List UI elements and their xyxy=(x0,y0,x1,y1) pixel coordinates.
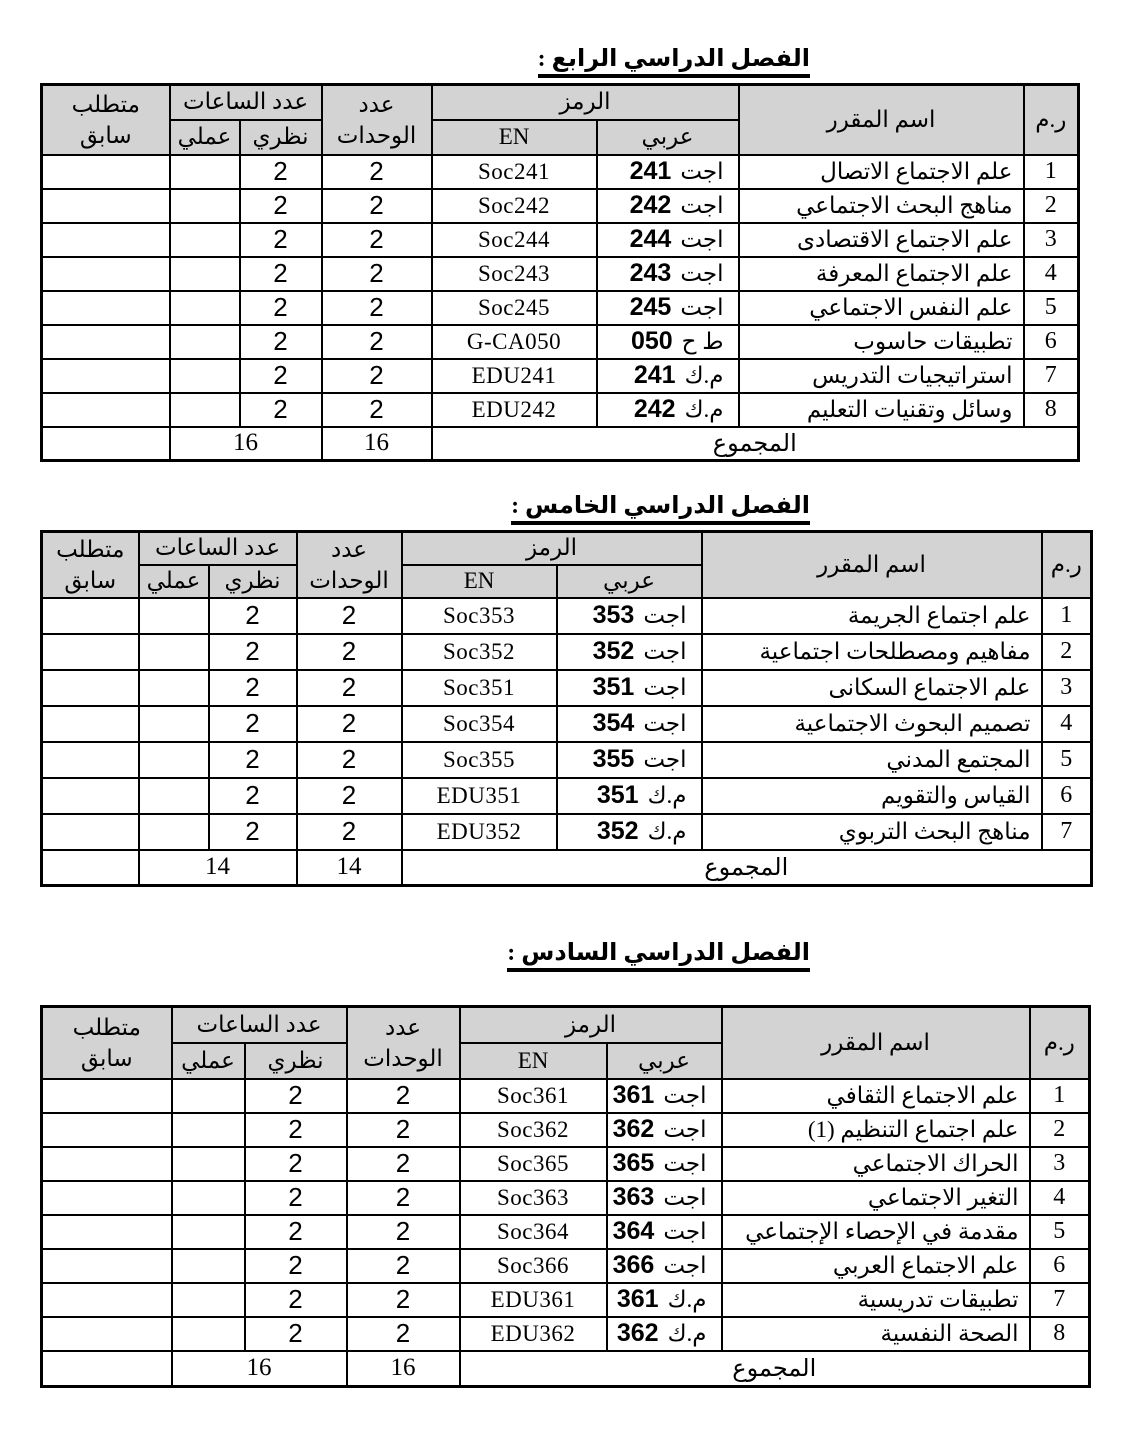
cell-code-en: Soc241 xyxy=(432,155,597,189)
cell-theory-hours: 2 xyxy=(240,155,322,189)
section-title-text: الفصل الدراسي الخامس : xyxy=(511,493,810,525)
cell-course-name: التغير الاجتماعي xyxy=(722,1181,1030,1215)
total-prereq-cell xyxy=(42,427,170,461)
code-ar-number: 351 xyxy=(593,673,635,701)
cell-code-ar: اجت352 xyxy=(557,634,702,670)
code-ar-number: 365 xyxy=(613,1149,655,1177)
cell-prereq xyxy=(42,814,139,850)
cell-code-en: EDU352 xyxy=(402,814,557,850)
total-prereq-cell xyxy=(42,1351,172,1387)
cell-prereq xyxy=(42,1317,172,1351)
cell-practical-hours xyxy=(170,189,240,223)
cell-course-name: المجتمع المدني xyxy=(702,742,1042,778)
code-ar-prefix: م.ك xyxy=(648,819,687,844)
cell-serial: 2 xyxy=(1030,1113,1090,1147)
cell-code-ar: اجت245 xyxy=(597,291,739,325)
total-prereq-cell xyxy=(42,850,139,886)
course-row: 6 تطبيقات حاسوب ط ح050 G-CA050 2 2 xyxy=(42,325,1079,359)
semester-6-section: الفصل الدراسي السادس : ر.م اسم المقرر ال… xyxy=(0,887,1148,1388)
cell-course-name: تصميم البحوث الاجتماعية xyxy=(702,706,1042,742)
cell-practical-hours xyxy=(170,325,240,359)
cell-course-name: علم الاجتماع السكانى xyxy=(702,670,1042,706)
cell-code-en: Soc355 xyxy=(402,742,557,778)
cell-serial: 5 xyxy=(1030,1215,1090,1249)
cell-course-name: القياس والتقويم xyxy=(702,778,1042,814)
cell-code-ar: م.ك242 xyxy=(597,393,739,427)
semester-6-table: ر.م اسم المقرر الرمز عددالوحدات عدد السا… xyxy=(40,1005,1091,1388)
cell-prereq xyxy=(42,393,170,427)
cell-code-ar: ط ح050 xyxy=(597,325,739,359)
course-row: 3 علم الاجتماع السكانى اجت351 Soc351 2 2 xyxy=(42,670,1092,706)
header-code-group: الرمز xyxy=(432,85,739,120)
cell-code-ar: اجت366 xyxy=(607,1249,722,1283)
cell-code-en: Soc245 xyxy=(432,291,597,325)
cell-course-name: مناهج البحث التربوي xyxy=(702,814,1042,850)
cell-prereq xyxy=(42,670,139,706)
code-ar-prefix: اجت xyxy=(680,227,723,252)
course-row: 5 مقدمة في الإحصاء الإجتماعي اجت364 Soc3… xyxy=(42,1215,1090,1249)
total-hours-cell: 16 xyxy=(170,427,322,461)
cell-prereq xyxy=(42,155,170,189)
code-ar-number: 363 xyxy=(613,1183,655,1211)
course-row: 7 استراتيجيات التدريس م.ك241 EDU241 2 2 xyxy=(42,359,1079,393)
header-practical: عملي xyxy=(139,565,209,598)
header-units: عددالوحدات xyxy=(347,1007,460,1079)
header-serial: ر.م xyxy=(1042,532,1092,598)
header-units-line2: الوحدات xyxy=(323,120,431,151)
cell-serial: 7 xyxy=(1042,814,1092,850)
course-row: 3 الحراك الاجتماعي اجت365 Soc365 2 2 xyxy=(42,1147,1090,1181)
cell-code-ar: اجت365 xyxy=(607,1147,722,1181)
cell-course-name: استراتيجيات التدريس xyxy=(739,359,1024,393)
cell-practical-hours xyxy=(139,598,209,634)
cell-code-en: Soc362 xyxy=(460,1113,607,1147)
cell-theory-hours: 2 xyxy=(245,1113,347,1147)
header-prereq-line2: سابق xyxy=(43,565,138,596)
code-ar-number: 355 xyxy=(593,745,635,773)
total-row: المجموع 16 16 xyxy=(42,1351,1090,1387)
code-ar-number: 362 xyxy=(617,1319,659,1347)
semester-5-title: الفصل الدراسي الخامس : xyxy=(0,492,810,520)
cell-units: 2 xyxy=(347,1181,460,1215)
cell-units: 2 xyxy=(322,393,432,427)
cell-practical-hours xyxy=(139,742,209,778)
cell-theory-hours: 2 xyxy=(245,1317,347,1351)
cell-code-ar: اجت241 xyxy=(597,155,739,189)
code-ar-prefix: اجت xyxy=(663,1219,706,1244)
cell-units: 2 xyxy=(297,670,402,706)
header-hours-group: عدد الساعات xyxy=(139,532,297,565)
cell-theory-hours: 2 xyxy=(245,1181,347,1215)
cell-units: 2 xyxy=(347,1283,460,1317)
cell-practical-hours xyxy=(170,291,240,325)
header-code-en: EN xyxy=(460,1043,607,1079)
code-ar-prefix: اجت xyxy=(680,193,723,218)
cell-serial: 4 xyxy=(1024,257,1079,291)
total-units-cell: 14 xyxy=(297,850,402,886)
code-ar-prefix: م.ك xyxy=(648,783,687,808)
header-row-1: ر.م اسم المقرر الرمز عددالوحدات عدد السا… xyxy=(42,1007,1090,1043)
cell-practical-hours xyxy=(170,257,240,291)
cell-practical-hours xyxy=(170,223,240,257)
cell-units: 2 xyxy=(322,291,432,325)
cell-serial: 5 xyxy=(1042,742,1092,778)
cell-units: 2 xyxy=(322,223,432,257)
header-code-en: EN xyxy=(432,120,597,155)
cell-units: 2 xyxy=(322,257,432,291)
total-hours-cell: 16 xyxy=(172,1351,347,1387)
cell-code-en: Soc366 xyxy=(460,1249,607,1283)
cell-practical-hours xyxy=(172,1079,245,1113)
cell-code-en: EDU241 xyxy=(432,359,597,393)
cell-serial: 2 xyxy=(1024,189,1079,223)
course-row: 8 الصحة النفسية م.ك362 EDU362 2 2 xyxy=(42,1317,1090,1351)
cell-course-name: مقدمة في الإحصاء الإجتماعي xyxy=(722,1215,1030,1249)
cell-theory-hours: 2 xyxy=(240,325,322,359)
cell-serial: 6 xyxy=(1042,778,1092,814)
code-ar-number: 361 xyxy=(617,1285,659,1313)
code-ar-number: 245 xyxy=(630,293,672,321)
header-course-name: اسم المقرر xyxy=(702,532,1042,598)
header-prereq: متطلبسابق xyxy=(42,532,139,598)
cell-theory-hours: 2 xyxy=(209,814,297,850)
header-units-line2: الوحدات xyxy=(348,1043,459,1074)
semester-4-section: الفصل الدراسي الرابع : ر.م اسم المقرر ال… xyxy=(0,0,1148,462)
cell-code-en: Soc243 xyxy=(432,257,597,291)
cell-course-name: علم الاجتماع الاتصال xyxy=(739,155,1024,189)
cell-units: 2 xyxy=(347,1249,460,1283)
cell-serial: 1 xyxy=(1024,155,1079,189)
cell-prereq xyxy=(42,1215,172,1249)
code-ar-number: 244 xyxy=(630,225,672,253)
cell-code-en: Soc242 xyxy=(432,189,597,223)
cell-units: 2 xyxy=(297,742,402,778)
cell-serial: 4 xyxy=(1030,1181,1090,1215)
cell-code-ar: م.ك362 xyxy=(607,1317,722,1351)
cell-units: 2 xyxy=(297,706,402,742)
cell-code-ar: م.ك352 xyxy=(557,814,702,850)
cell-course-name: وسائل وتقنيات التعليم xyxy=(739,393,1024,427)
code-ar-prefix: اجت xyxy=(643,747,686,772)
cell-prereq xyxy=(42,325,170,359)
cell-practical-hours xyxy=(172,1181,245,1215)
cell-theory-hours: 2 xyxy=(209,598,297,634)
cell-theory-hours: 2 xyxy=(240,291,322,325)
header-code-ar: عربي xyxy=(597,120,739,155)
cell-course-name: علم الاجتماع العربي xyxy=(722,1249,1030,1283)
code-ar-prefix: م.ك xyxy=(685,397,724,422)
header-prereq-line1: متطلب xyxy=(43,89,169,120)
cell-units: 2 xyxy=(347,1079,460,1113)
cell-serial: 4 xyxy=(1042,706,1092,742)
cell-units: 2 xyxy=(297,598,402,634)
cell-prereq xyxy=(42,189,170,223)
code-ar-number: 364 xyxy=(613,1217,655,1245)
code-ar-number: 353 xyxy=(593,601,635,629)
cell-code-ar: اجت353 xyxy=(557,598,702,634)
cell-course-name: الحراك الاجتماعي xyxy=(722,1147,1030,1181)
cell-practical-hours xyxy=(139,634,209,670)
cell-units: 2 xyxy=(347,1147,460,1181)
cell-code-ar: اجت363 xyxy=(607,1181,722,1215)
header-serial: ر.م xyxy=(1024,85,1079,155)
cell-prereq xyxy=(42,291,170,325)
cell-code-en: Soc365 xyxy=(460,1147,607,1181)
course-row: 8 وسائل وتقنيات التعليم م.ك242 EDU242 2 … xyxy=(42,393,1079,427)
course-row: 1 علم الاجتماع الثقافي اجت361 Soc361 2 2 xyxy=(42,1079,1090,1113)
cell-serial: 1 xyxy=(1042,598,1092,634)
cell-practical-hours xyxy=(139,778,209,814)
cell-course-name: الصحة النفسية xyxy=(722,1317,1030,1351)
header-theoretical: نظري xyxy=(245,1043,347,1079)
cell-prereq xyxy=(42,359,170,393)
cell-prereq xyxy=(42,778,139,814)
cell-units: 2 xyxy=(322,325,432,359)
cell-prereq xyxy=(42,706,139,742)
code-ar-prefix: اجت xyxy=(663,1117,706,1142)
semester-5-section: الفصل الدراسي الخامس : ر.م اسم المقرر ال… xyxy=(0,462,1148,887)
code-ar-prefix: اجت xyxy=(663,1253,706,1278)
course-row: 2 علم اجتماع التنظيم (1) اجت362 Soc362 2… xyxy=(42,1113,1090,1147)
header-hours-group: عدد الساعات xyxy=(172,1007,347,1043)
course-row: 4 التغير الاجتماعي اجت363 Soc363 2 2 xyxy=(42,1181,1090,1215)
total-row: المجموع 16 16 xyxy=(42,427,1079,461)
cell-course-name: مناهج البحث الاجتماعي xyxy=(739,189,1024,223)
cell-code-ar: اجت242 xyxy=(597,189,739,223)
course-row: 3 علم الاجتماع الاقتصادى اجت244 Soc244 2… xyxy=(42,223,1079,257)
header-units: عددالوحدات xyxy=(322,85,432,155)
cell-course-name: تطبيقات حاسوب xyxy=(739,325,1024,359)
cell-course-name: علم الاجتماع الاقتصادى xyxy=(739,223,1024,257)
cell-code-ar: م.ك241 xyxy=(597,359,739,393)
course-row: 7 تطبيقات تدريسية م.ك361 EDU361 2 2 xyxy=(42,1283,1090,1317)
cell-code-en: EDU361 xyxy=(460,1283,607,1317)
cell-theory-hours: 2 xyxy=(245,1249,347,1283)
cell-code-en: Soc352 xyxy=(402,634,557,670)
cell-code-ar: اجت354 xyxy=(557,706,702,742)
cell-course-name: علم اجتماع الجريمة xyxy=(702,598,1042,634)
code-ar-number: 352 xyxy=(597,817,639,845)
cell-theory-hours: 2 xyxy=(209,742,297,778)
header-hours-group: عدد الساعات xyxy=(170,85,322,120)
total-label-cell: المجموع xyxy=(432,427,1079,461)
cell-course-name: علم اجتماع التنظيم (1) xyxy=(722,1113,1030,1147)
cell-theory-hours: 2 xyxy=(245,1283,347,1317)
total-label-cell: المجموع xyxy=(402,850,1092,886)
code-ar-number: 241 xyxy=(630,157,672,185)
cell-prereq xyxy=(42,1181,172,1215)
code-ar-prefix: اجت xyxy=(680,159,723,184)
cell-prereq xyxy=(42,223,170,257)
header-prereq-line2: سابق xyxy=(43,120,169,151)
code-ar-prefix: اجت xyxy=(643,711,686,736)
semester-4-title: الفصل الدراسي الرابع : xyxy=(0,45,810,73)
code-ar-number: 352 xyxy=(593,637,635,665)
cell-practical-hours xyxy=(170,155,240,189)
cell-prereq xyxy=(42,598,139,634)
cell-theory-hours: 2 xyxy=(209,706,297,742)
cell-practical-hours xyxy=(172,1249,245,1283)
cell-serial: 3 xyxy=(1042,670,1092,706)
cell-serial: 6 xyxy=(1030,1249,1090,1283)
code-ar-prefix: م.ك xyxy=(685,363,724,388)
header-units: عددالوحدات xyxy=(297,532,402,598)
cell-theory-hours: 2 xyxy=(240,393,322,427)
cell-code-en: Soc363 xyxy=(460,1181,607,1215)
semester-6-title: الفصل الدراسي السادس : xyxy=(0,939,810,967)
cell-serial: 3 xyxy=(1024,223,1079,257)
cell-prereq xyxy=(42,742,139,778)
header-units-line1: عدد xyxy=(298,534,401,565)
header-prereq: متطلبسابق xyxy=(42,1007,172,1079)
header-code-group: الرمز xyxy=(402,532,702,565)
section-title-text: الفصل الدراسي السادس : xyxy=(507,940,810,972)
code-ar-prefix: اجت xyxy=(643,639,686,664)
cell-code-ar: اجت361 xyxy=(607,1079,722,1113)
cell-course-name: مفاهيم ومصطلحات اجتماعية xyxy=(702,634,1042,670)
cell-course-name: تطبيقات تدريسية xyxy=(722,1283,1030,1317)
cell-practical-hours xyxy=(172,1283,245,1317)
code-ar-number: 366 xyxy=(613,1251,655,1279)
cell-practical-hours xyxy=(172,1147,245,1181)
cell-serial: 6 xyxy=(1024,325,1079,359)
cell-code-en: Soc364 xyxy=(460,1215,607,1249)
code-ar-prefix: اجت xyxy=(643,603,686,628)
header-serial: ر.م xyxy=(1030,1007,1090,1079)
cell-prereq xyxy=(42,1283,172,1317)
course-row: 2 مفاهيم ومصطلحات اجتماعية اجت352 Soc352… xyxy=(42,634,1092,670)
cell-theory-hours: 2 xyxy=(209,778,297,814)
header-code-ar: عربي xyxy=(557,565,702,598)
total-units-cell: 16 xyxy=(347,1351,460,1387)
cell-practical-hours xyxy=(170,393,240,427)
cell-theory-hours: 2 xyxy=(245,1147,347,1181)
cell-prereq xyxy=(42,634,139,670)
cell-code-ar: اجت244 xyxy=(597,223,739,257)
header-row-1: ر.م اسم المقرر الرمز عددالوحدات عدد السا… xyxy=(42,532,1092,565)
cell-units: 2 xyxy=(322,155,432,189)
cell-course-name: علم النفس الاجتماعي xyxy=(739,291,1024,325)
code-ar-prefix: اجت xyxy=(663,1083,706,1108)
cell-code-ar: م.ك351 xyxy=(557,778,702,814)
code-ar-number: 050 xyxy=(631,327,673,355)
cell-code-en: EDU242 xyxy=(432,393,597,427)
cell-serial: 2 xyxy=(1042,634,1092,670)
code-ar-number: 241 xyxy=(634,361,676,389)
code-ar-prefix: اجت xyxy=(680,261,723,286)
cell-code-ar: اجت364 xyxy=(607,1215,722,1249)
course-row: 4 علم الاجتماع المعرفة اجت243 Soc243 2 2 xyxy=(42,257,1079,291)
cell-theory-hours: 2 xyxy=(209,634,297,670)
cell-prereq xyxy=(42,1113,172,1147)
semester-5-table: ر.م اسم المقرر الرمز عددالوحدات عدد السا… xyxy=(40,530,1093,887)
cell-units: 2 xyxy=(297,634,402,670)
cell-code-en: Soc353 xyxy=(402,598,557,634)
cell-serial: 1 xyxy=(1030,1079,1090,1113)
cell-serial: 8 xyxy=(1024,393,1079,427)
section-title-text: الفصل الدراسي الرابع : xyxy=(538,46,810,78)
cell-code-ar: اجت243 xyxy=(597,257,739,291)
header-theoretical: نظري xyxy=(209,565,297,598)
course-row: 6 القياس والتقويم م.ك351 EDU351 2 2 xyxy=(42,778,1092,814)
code-ar-prefix: اجت xyxy=(680,295,723,320)
cell-course-name: علم الاجتماع المعرفة xyxy=(739,257,1024,291)
code-ar-number: 354 xyxy=(593,709,635,737)
cell-code-en: EDU351 xyxy=(402,778,557,814)
header-units-line1: عدد xyxy=(348,1012,459,1043)
code-ar-prefix: ط ح xyxy=(682,329,724,354)
semester-4-table: ر.م اسم المقرر الرمز عددالوحدات عدد السا… xyxy=(40,83,1080,462)
cell-code-ar: اجت351 xyxy=(557,670,702,706)
cell-practical-hours xyxy=(172,1113,245,1147)
cell-serial: 7 xyxy=(1024,359,1079,393)
cell-practical-hours xyxy=(172,1317,245,1351)
header-prereq-line1: متطلب xyxy=(43,1012,171,1043)
cell-units: 2 xyxy=(322,359,432,393)
code-ar-prefix: اجت xyxy=(643,675,686,700)
cell-units: 2 xyxy=(322,189,432,223)
cell-code-ar: م.ك361 xyxy=(607,1283,722,1317)
code-ar-number: 243 xyxy=(630,259,672,287)
cell-theory-hours: 2 xyxy=(245,1079,347,1113)
cell-theory-hours: 2 xyxy=(240,223,322,257)
cell-practical-hours xyxy=(139,814,209,850)
cell-units: 2 xyxy=(347,1215,460,1249)
document-page: الفصل الدراسي الرابع : ر.م اسم المقرر ال… xyxy=(0,0,1148,1448)
cell-serial: 7 xyxy=(1030,1283,1090,1317)
cell-code-en: Soc244 xyxy=(432,223,597,257)
cell-code-en: Soc351 xyxy=(402,670,557,706)
cell-practical-hours xyxy=(139,670,209,706)
code-ar-number: 361 xyxy=(613,1081,655,1109)
cell-prereq xyxy=(42,257,170,291)
cell-practical-hours xyxy=(170,359,240,393)
code-ar-number: 351 xyxy=(597,781,639,809)
cell-practical-hours xyxy=(139,706,209,742)
total-units-cell: 16 xyxy=(322,427,432,461)
cell-code-en: G-CA050 xyxy=(432,325,597,359)
header-course-name: اسم المقرر xyxy=(739,85,1024,155)
course-row: 1 علم الاجتماع الاتصال اجت241 Soc241 2 2 xyxy=(42,155,1079,189)
cell-prereq xyxy=(42,1079,172,1113)
header-code-en: EN xyxy=(402,565,557,598)
cell-code-ar: اجت355 xyxy=(557,742,702,778)
cell-units: 2 xyxy=(347,1317,460,1351)
code-ar-prefix: اجت xyxy=(663,1185,706,1210)
code-ar-prefix: م.ك xyxy=(668,1321,707,1346)
course-row: 5 علم النفس الاجتماعي اجت245 Soc245 2 2 xyxy=(42,291,1079,325)
cell-theory-hours: 2 xyxy=(240,189,322,223)
course-row: 6 علم الاجتماع العربي اجت366 Soc366 2 2 xyxy=(42,1249,1090,1283)
header-practical: عملي xyxy=(172,1043,245,1079)
cell-serial: 3 xyxy=(1030,1147,1090,1181)
cell-prereq xyxy=(42,1147,172,1181)
cell-course-name: علم الاجتماع الثقافي xyxy=(722,1079,1030,1113)
cell-serial: 8 xyxy=(1030,1317,1090,1351)
course-row: 1 علم اجتماع الجريمة اجت353 Soc353 2 2 xyxy=(42,598,1092,634)
total-label-cell: المجموع xyxy=(460,1351,1090,1387)
cell-serial: 5 xyxy=(1024,291,1079,325)
course-row: 5 المجتمع المدني اجت355 Soc355 2 2 xyxy=(42,742,1092,778)
cell-theory-hours: 2 xyxy=(240,359,322,393)
header-units-line1: عدد xyxy=(323,89,431,120)
header-prereq: متطلبسابق xyxy=(42,85,170,155)
code-ar-number: 242 xyxy=(634,395,676,423)
code-ar-number: 362 xyxy=(613,1115,655,1143)
header-code-ar: عربي xyxy=(607,1043,722,1079)
cell-theory-hours: 2 xyxy=(240,257,322,291)
cell-theory-hours: 2 xyxy=(209,670,297,706)
